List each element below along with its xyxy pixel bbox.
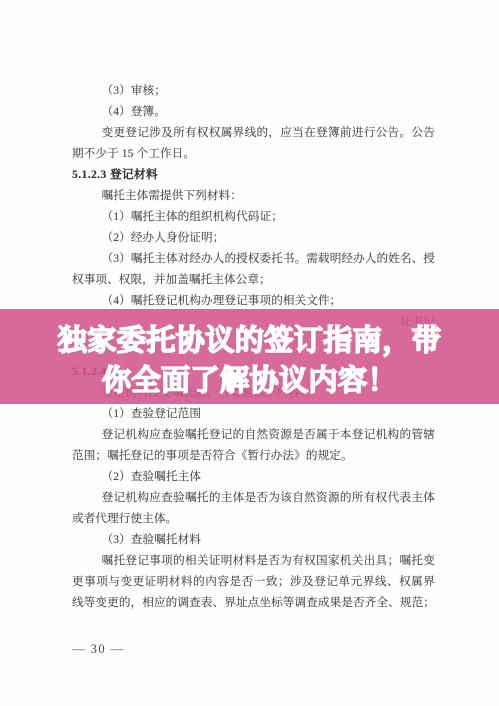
text-line: （2）查验嘱托主体: [72, 466, 435, 487]
text-line: （2）经办人身份证明；: [72, 227, 435, 248]
text-line: 变更登记涉及所有权权属界线的，应当在登簿前进行公告。公告: [72, 122, 435, 143]
text-line: 嘱托主体需提供下列材料：: [72, 185, 435, 206]
text-line: （1）查验登记范围: [72, 403, 435, 424]
text-line: 期不少于 15 个工作日。: [72, 143, 435, 164]
text-line: （4）嘱托登记机构办理登记事项的相关文件；: [72, 290, 435, 311]
promo-banner-overlay: 独家委托协议的签订指南，带 你全面了解协议内容！: [0, 309, 499, 404]
text-line: （3）查验嘱托材料: [72, 529, 435, 550]
text-line: 权事项、权限，并加盖嘱托主体公章；: [72, 269, 435, 290]
text-line: 范围；嘱托登记的事项是否符合《暂行办法》的规定。: [72, 445, 435, 466]
text-line: （3）审核；: [72, 80, 435, 101]
text-line: 登记机构应查验嘱托登记的自然资源是否属于本登记机构的管辖: [72, 424, 435, 445]
document-page: （3）审核；（4）登簿。变更登记涉及所有权权属界线的，应当在登簿前进行公告。公告…: [0, 0, 499, 706]
promo-banner-line1: 独家委托协议的签订指南，带: [0, 320, 499, 360]
text-line: 线等变更的，相应的调查表、界址点坐标等调查成果是否齐全、规范；: [72, 592, 435, 613]
section-heading: 5.1.2.3 登记材料: [72, 164, 435, 185]
text-line: 嘱托登记事项的相关证明材料是否为有权国家机关出具；嘱托变: [72, 550, 435, 571]
promo-banner-line2: 你全面了解协议内容！: [0, 360, 499, 400]
text-line: 更事项与变更证明材料的内容是否一致；涉及登记单元界线、权属界: [72, 571, 435, 592]
text-line: （4）登簿。: [72, 101, 435, 122]
text-line: 登记机构应查验嘱托的主体是否为该自然资源的所有权代表主体: [72, 487, 435, 508]
text-line: （3）嘱托主体对经办人的授权委托书。需载明经办人的姓名、授: [72, 248, 435, 269]
text-line: （1）嘱托主体的组织机构代码证；: [72, 206, 435, 227]
page-number: — 30 —: [72, 642, 125, 657]
text-line: 或者代理行使主体。: [72, 508, 435, 529]
